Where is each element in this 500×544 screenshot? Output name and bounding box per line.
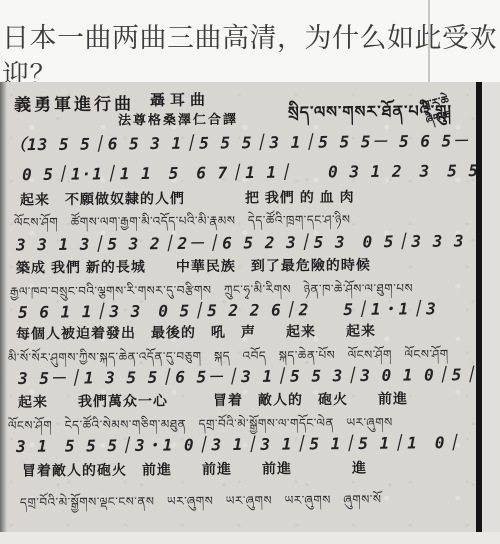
translator-credit: 法尊格桑澤仁合譯 [118,108,238,128]
scan-left-edge [0,82,7,532]
lyric-line: 每個人被迫着發出 最後的 吼 声 起来 起来 [16,320,376,343]
music-line: 5 6 1 1｜3 3 0 5｜5 2 2 6｜2 5｜1・1｜3 [18,296,437,323]
bottom-margin [0,532,500,544]
lyric-line: 起来 我們萬众一心 冒着 敵人的 砲火 前進 [18,388,408,411]
music-line: （13 5 5｜6 5 3 1｜5 5 5｜3 1｜5 5 5－ 5 6 5－｜… [10,128,500,156]
score-title: 義勇軍進行曲 [14,89,134,115]
tibetan-line: དགྲ་བོའི་མེ་སྒྱོགས་ལྡང་ངས་ནས ཡར་ཞུགས ཡར་… [20,486,382,523]
lyric-line: 築成 我們 新的長城 中華民族 到了最危險的時候 [16,254,371,277]
music-line: 3 1 5 5 5｜3・1 0｜3 1｜3 1｜5 1｜5 1｜1 0｜ [16,430,463,457]
manuscript-scan: 義勇軍進行曲 聶耳曲 法尊格桑澤仁合譯 སྲིད་ལས་གསར་ཐོན་པའི་… [0,82,500,532]
lyric-line: 冒着敵人的砲火 前進 前進 前進 進 [22,457,367,480]
composer-credit: 聶耳曲 [150,89,210,111]
music-line: 0 5｜1·1｜1 1 5 6 7｜1 1｜ 0 3 1 2 3 5 5－ [22,158,496,185]
music-line: 3 5－｜1 3 5 5｜6 5－｜3 1｜5 5 3｜3 0 1 0｜5｜ [18,362,480,389]
scan-right-margin [482,82,500,532]
page-fold-line [428,0,430,82]
music-line: 3 3 1 3｜5 3 2｜2－｜6 5 2 3｜5 3 0 5｜3 3 3 1… [16,228,500,256]
